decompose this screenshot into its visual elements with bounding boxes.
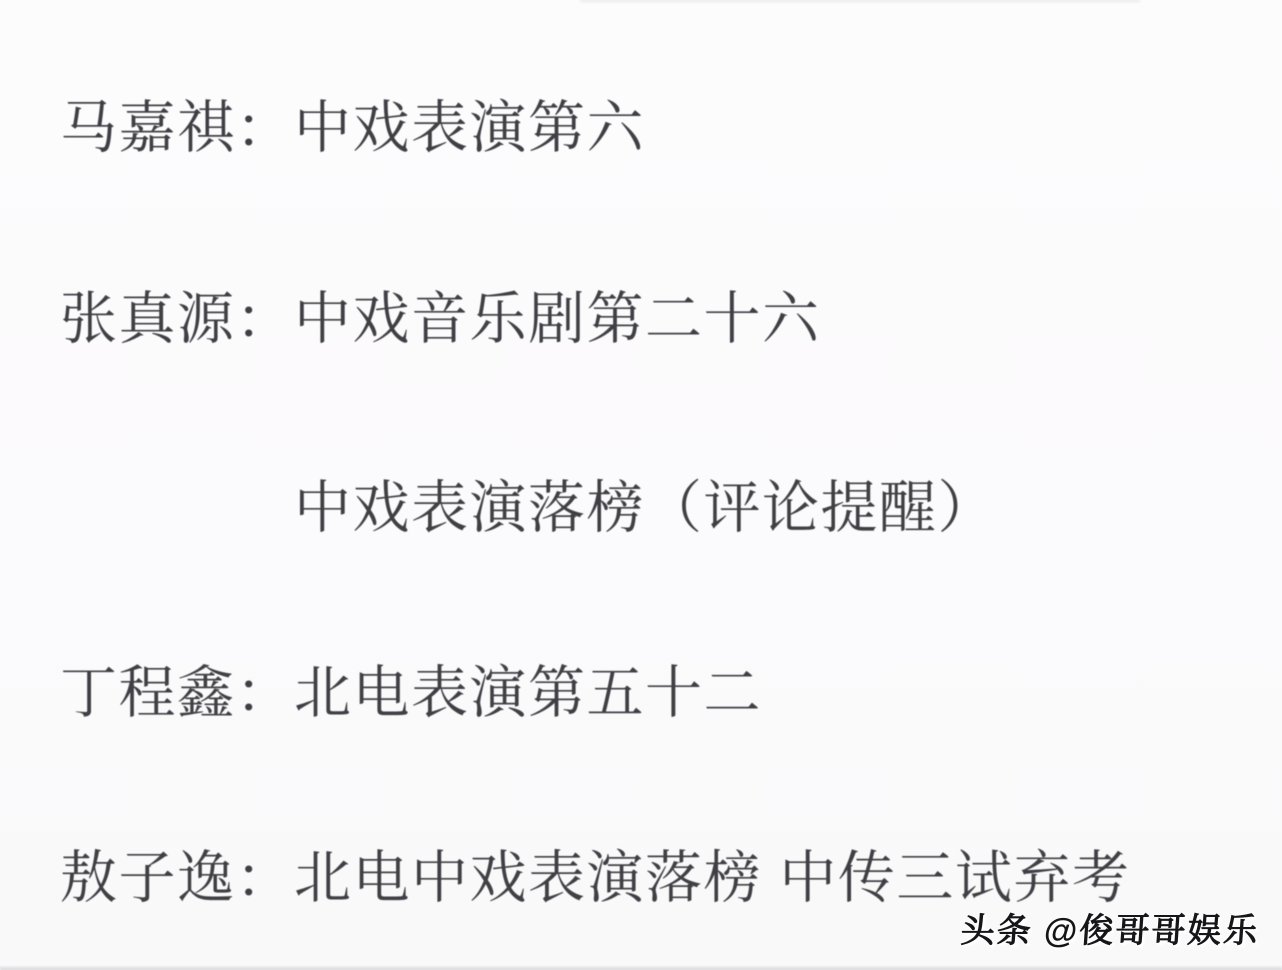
result-line-zhang-zhenyuan-continued: 中戏表演落榜（评论提醒） [294, 476, 996, 542]
exam-results-text-block: 马嘉祺：中戏表演第六 张真源：中戏音乐剧第二十六 中戏表演落榜（评论提醒） 丁程… [0, 0, 1282, 970]
cutoff-text-bottom-edge [0, 965, 1282, 970]
toutiao-watermark: 头条 @俊哥哥娱乐 [960, 903, 1262, 952]
result-line-ma-jiaqi: 马嘉祺：中戏表演第六 [60, 96, 645, 162]
cutoff-text-top-edge [580, 0, 1140, 3]
screenshot-root: 马嘉祺：中戏表演第六 张真源：中戏音乐剧第二十六 中戏表演落榜（评论提醒） 丁程… [0, 0, 1282, 970]
result-line-ding-chengxin: 丁程鑫：北电表演第五十二 [60, 661, 762, 727]
result-line-ao-ziyi: 敖子逸：北电中戏表演落榜 中传三试弃考 [60, 846, 1130, 912]
result-line-zhang-zhenyuan: 张真源：中戏音乐剧第二十六 [60, 287, 821, 353]
